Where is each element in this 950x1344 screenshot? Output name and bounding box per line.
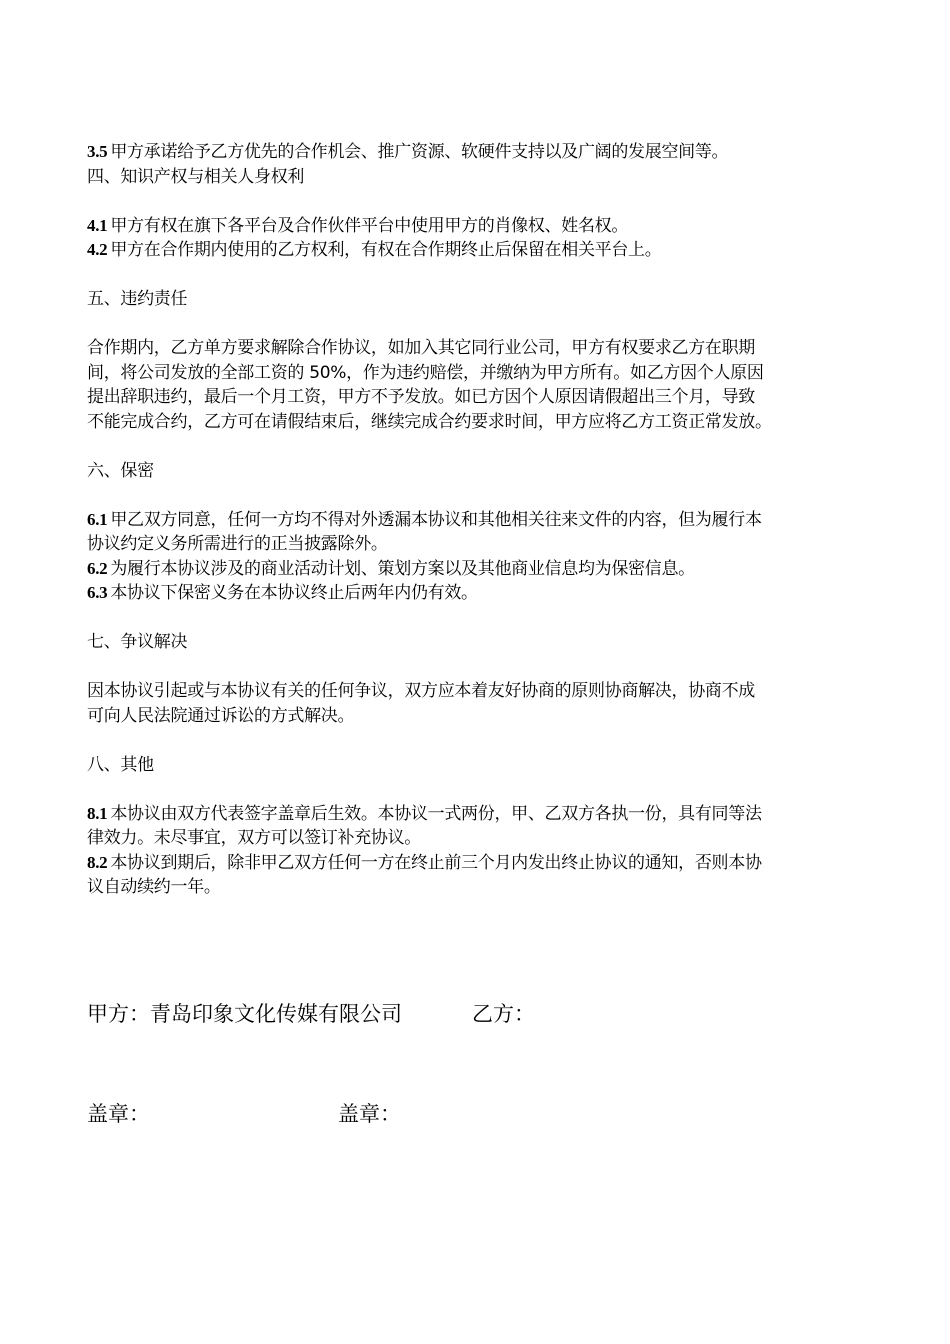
- clause-4-1: 4.1甲方有权在旗下各平台及合作伙伴平台中使用甲方的肖像权、姓名权。: [87, 214, 867, 239]
- section-5-heading: 五、违约责任: [87, 287, 867, 312]
- section-5-line: 合作期内，乙方单方要求解除合作协议，如加入其它同行业公司，甲方有权要求乙方在职期: [87, 336, 867, 361]
- section-5-line: 提出辞职违约，最后一个月工资，甲方不予发放。如已方因个人原因请假超出三个月，导致: [87, 385, 867, 410]
- clause-8-1: 8.1本协议由双方代表签字盖章后生效。本协议一式两份，甲、乙双方各执一份，具有同…: [87, 802, 867, 827]
- clause-8-2-cont: 议自动续约一年。: [87, 875, 867, 900]
- party-a-label: 甲方：青岛印象文化传媒有限公司: [87, 998, 402, 1028]
- section-5-line: 间，将公司发放的全部工资的 50%，作为违约赔偿，并缴纳为甲方所有。如乙方因个人…: [87, 361, 867, 386]
- clause-6-1-cont: 协议约定义务所需进行的正当披露除外。: [87, 532, 867, 557]
- clause-8-1-cont: 律效力。未尽事宜，双方可以签订补充协议。: [87, 826, 867, 851]
- section-7-line: 因本协议引起或与本协议有关的任何争议，双方应本着友好协商的原则协商解决，协商不成: [87, 679, 867, 704]
- section-7-heading: 七、争议解决: [87, 630, 867, 655]
- section-4-heading: 四、知识产权与相关人身权利: [87, 165, 867, 190]
- section-7-line: 可向人民法院通过诉讼的方式解决。: [87, 704, 867, 729]
- clause-6-3: 6.3本协议下保密义务在本协议终止后两年内仍有效。: [87, 581, 867, 606]
- document-body: 3.5甲方承诺给予乙方优先的合作机会、推广资源、软硬件支持以及广阔的发展空间等。…: [87, 140, 867, 900]
- clause-8-2: 8.2本协议到期后，除非甲乙双方任何一方在终止前三个月内发出终止协议的通知，否则…: [87, 851, 867, 876]
- clause-3-5: 3.5甲方承诺给予乙方优先的合作机会、推广资源、软硬件支持以及广阔的发展空间等。: [87, 140, 867, 165]
- section-5-line: 不能完成合约，乙方可在请假结束后，继续完成合约要求时间，甲方应将乙方工资正常发放…: [87, 410, 867, 435]
- seal-a-label: 盖章：: [87, 1098, 150, 1128]
- seal-b-label: 盖章：: [338, 1098, 401, 1128]
- section-8-heading: 八、其他: [87, 753, 867, 778]
- clause-6-1: 6.1甲乙双方同意，任何一方均不得对外透漏本协议和其他相关往来文件的内容，但为履…: [87, 508, 867, 533]
- clause-6-2: 6.2为履行本协议涉及的商业活动计划、策划方案以及其他商业信息均为保密信息。: [87, 557, 867, 582]
- section-6-heading: 六、保密: [87, 459, 867, 484]
- party-b-label: 乙方：: [472, 998, 535, 1028]
- clause-4-2: 4.2甲方在合作期内使用的乙方权利，有权在合作期终止后保留在相关平台上。: [87, 238, 867, 263]
